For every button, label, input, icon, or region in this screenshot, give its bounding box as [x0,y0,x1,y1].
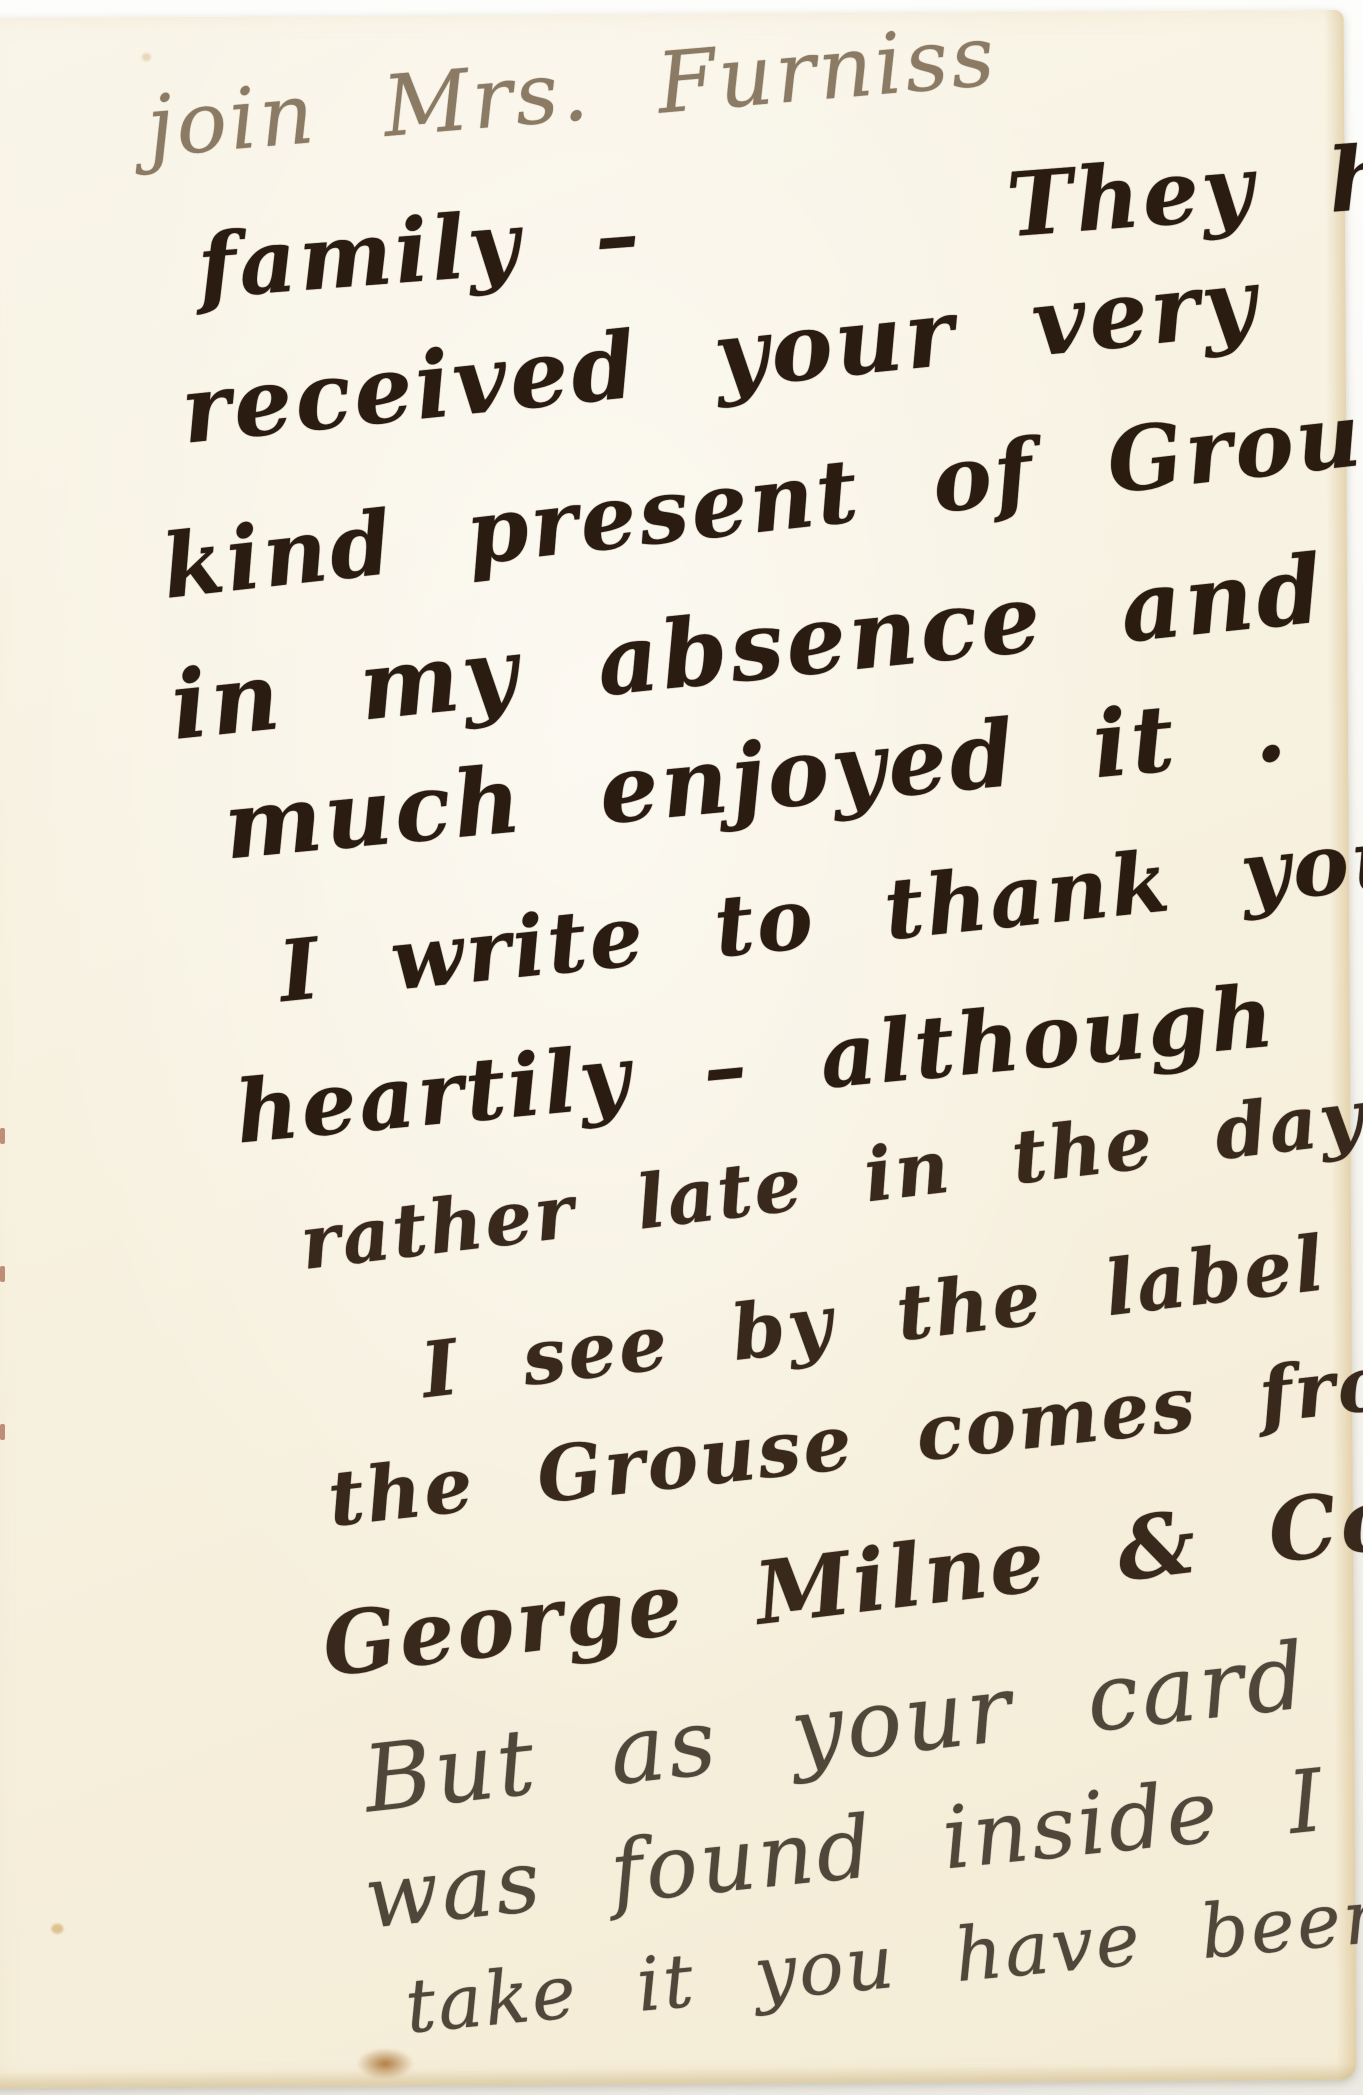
letter-page: join Mrs. Furniss family – They had rece… [0,10,1356,2088]
left-edge-mark [0,1128,5,1144]
paper-right-edge-shading [1324,10,1357,2080]
foxing-speck [51,1924,63,1934]
left-edge-mark [0,1266,5,1282]
scan-background: join Mrs. Furniss family – They had rece… [0,0,1363,2095]
paper-bottom-edge-shading [0,2064,1356,2088]
foxing-speck [142,53,151,61]
left-edge-mark [0,1424,5,1440]
handwritten-line-1: join Mrs. Furniss [143,7,1000,175]
